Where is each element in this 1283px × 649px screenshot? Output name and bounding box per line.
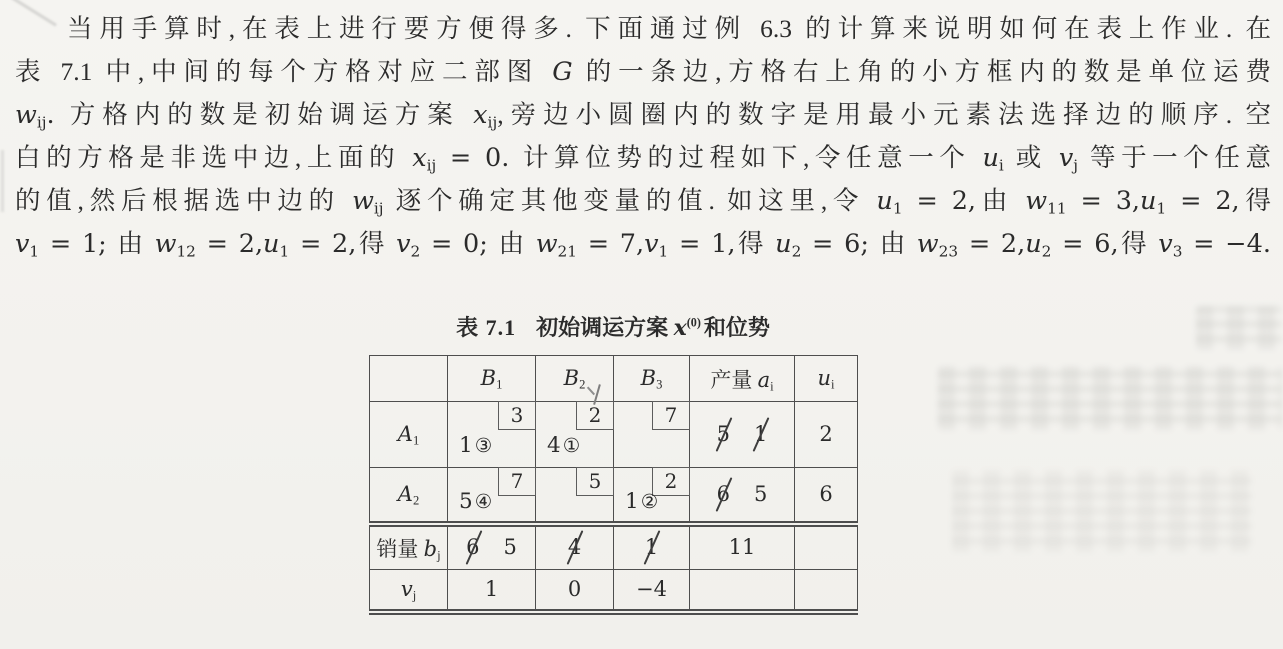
row-a2: A2 7 5④ 5 2 1② 65 6 [370, 468, 858, 524]
math-text: . [46, 100, 69, 130]
math-text: = 0; [420, 229, 498, 259]
caption-var: x(0) [674, 315, 701, 340]
math-var: w23 [917, 229, 958, 259]
text-run: 白的方格是非选中边,上面的 [15, 143, 412, 172]
u-cell-a1: 2 [795, 402, 858, 468]
text-run: 当用手算时,在表上进行要方便得多. 下面通过例 6.3 的计算来说明如何在表上作… [67, 14, 1271, 43]
v-cell-b3: −4 [614, 570, 690, 612]
math-text: = 2, [903, 186, 976, 216]
math-var: u2 [775, 229, 801, 259]
text-line-6: v1 = 1; 由 w12 = 2,u1 = 2,得 v2 = 0; 由 w21… [15, 222, 1271, 265]
math-text: = 6; [801, 229, 879, 259]
table-caption: 表 7.1初始调运方案 x(0)和位势 [369, 311, 857, 342]
text-run: 的值,然后根据选中边的 [15, 186, 352, 215]
math-text: = 2, [1166, 186, 1239, 216]
cell-a2-b3: 2 1② [614, 468, 690, 524]
text-line-1: 当用手算时,在表上进行要方便得多. 下面通过例 6.3 的计算来说明如何在表上作… [15, 7, 1271, 50]
col-header-b1: B1 [448, 356, 536, 402]
v-cell-supply [690, 570, 795, 612]
math-text: = 2, [196, 229, 263, 259]
row-label-a2: A2 [370, 468, 448, 524]
header-row: B1 B2 B3 产量 ai ui [370, 356, 858, 402]
text-run: 计算位势的过程如下,令任意一个 [523, 143, 982, 172]
text-run: 方格内的数是初始调运方案 [70, 100, 473, 129]
cost-box: 7 [498, 467, 536, 496]
math-var: wij [352, 186, 383, 216]
row-label-a1: A1 [370, 402, 448, 468]
math-var: w11 [1025, 186, 1066, 216]
math-var: xij [412, 143, 436, 173]
corner-cell [370, 356, 448, 402]
demand-value: 4 [568, 535, 581, 559]
math-text: = 1; [39, 229, 117, 259]
scan-artifact [938, 366, 1282, 430]
text-run: 由 [118, 229, 155, 258]
body-text: 当用手算时,在表上进行要方便得多. 下面通过例 6.3 的计算来说明如何在表上作… [15, 7, 1271, 265]
cell-a2-b2: 5 [536, 468, 614, 524]
math-text: = 6, [1051, 229, 1118, 259]
math-text: = 0. [436, 143, 523, 173]
order-circle: ④ [475, 490, 492, 513]
row-demand: 销量 bj 65 4 1 11 [370, 524, 858, 570]
math-text: = 2, [289, 229, 356, 259]
demand-value-new: 5 [504, 535, 517, 559]
allocation: 4① [547, 433, 580, 458]
col-header-b3: B3 [614, 356, 690, 402]
text-run: 得 [1119, 229, 1159, 258]
text-line-4: 白的方格是非选中边,上面的 xij = 0. 计算位势的过程如下,令任意一个 u… [15, 136, 1271, 179]
demand-cell-b2: 4 [536, 524, 614, 570]
text-line-2: 表 7.1 中,中间的每个方格对应二部图 G 的一条边,方格右上角的小方框内的数… [15, 50, 1271, 93]
text-line-5: 的值,然后根据选中边的 wij 逐个确定其他变量的值. 如这里,令 u1 = 2… [15, 179, 1271, 222]
text-run: 或 [1004, 143, 1059, 172]
cell-a1-b2: 2 4① [536, 402, 614, 468]
pencil-check-mark [588, 383, 604, 407]
math-text: = 1, [668, 229, 735, 259]
text-run: 由 [499, 229, 536, 258]
math-text: = 2, [958, 229, 1025, 259]
supply-cell-a1: 51 [690, 402, 795, 468]
math-var: ui [982, 143, 1003, 173]
table-7-1: B1 B2 B3 产量 ai ui A1 3 1③ 2 4① 7 51 2 A2… [369, 355, 858, 615]
caption-title: 初始调运方案 [536, 315, 674, 340]
u-cell-a2: 6 [795, 468, 858, 524]
cell-a1-b1: 3 1③ [448, 402, 536, 468]
col-header-u: ui [795, 356, 858, 402]
supply-cell-a2: 65 [690, 468, 795, 524]
math-var: w21 [536, 229, 577, 259]
demand-cell-b3: 1 [614, 524, 690, 570]
math-var: G [552, 57, 572, 87]
math-var: v1 [15, 229, 39, 259]
text-line-3: wij. 方格内的数是初始调运方案 xij,旁边小圆圈内的数字是用最小元素法选择… [15, 93, 1271, 136]
demand-value-old: 6 [466, 535, 479, 559]
supply-value-old: 6 [717, 482, 730, 506]
math-var: u1 [263, 229, 289, 259]
text-run: 得 [735, 229, 775, 258]
scan-artifact [952, 470, 1252, 552]
math-var: wij [15, 100, 46, 130]
cost-box: 3 [498, 401, 536, 430]
cell-a1-b3: 7 [614, 402, 690, 468]
total-cell: 11 [690, 524, 795, 570]
supply-value-new: 5 [754, 482, 767, 506]
math-var: xij [473, 100, 497, 130]
supply-value-new: 1 [754, 422, 767, 446]
v-cell-u [795, 570, 858, 612]
scan-artifact [1196, 306, 1282, 350]
math-var: vj [1059, 143, 1078, 173]
math-var: w12 [155, 229, 196, 259]
math-var: v1 [644, 229, 668, 259]
order-circle: ② [641, 490, 658, 513]
row-potentials: vj 1 0 −4 [370, 570, 858, 612]
math-text: = 3, [1067, 186, 1140, 216]
text-run: 逐个确定其他变量的值. 如这里,令 [384, 186, 877, 215]
order-circle: ① [563, 434, 580, 457]
text-run: 由 [976, 186, 1025, 215]
math-var: u1 [1140, 186, 1166, 216]
text-run: 表 7.1 中,中间的每个方格对应二部图 [15, 57, 552, 86]
row-a1: A1 3 1③ 2 4① 7 51 2 [370, 402, 858, 468]
col-header-supply: 产量 ai [690, 356, 795, 402]
text-run: 得 [1240, 186, 1271, 215]
text-run: 的一条边,方格右上角的小方框内的数是单位运费 [573, 57, 1271, 86]
text-run: 等于一个任意 [1078, 143, 1271, 172]
math-var: u1 [876, 186, 902, 216]
scanned-textbook-page: { "page": { "colors": { "paper": "#f3f2e… [0, 0, 1283, 649]
v-cell-b1: 1 [448, 570, 536, 612]
text-run: ,旁边小圆圈内的数字是用最小元素法选择边的顺序. 空 [497, 100, 1271, 129]
allocation: 5④ [459, 489, 492, 514]
cost-box: 5 [576, 467, 614, 496]
math-var: u2 [1025, 229, 1051, 259]
math-text: = −4. [1182, 229, 1271, 259]
demand-u-cell [795, 524, 858, 570]
caption-suffix: 和位势 [704, 315, 770, 340]
cost-box: 7 [652, 401, 690, 430]
text-run: 得 [356, 229, 396, 258]
row-label-v: vj [370, 570, 448, 612]
allocation: 1② [625, 489, 658, 514]
caption-label: 表 7.1 [456, 315, 516, 340]
scan-artifact [1, 150, 4, 212]
allocation: 1③ [459, 433, 492, 458]
cell-a2-b1: 7 5④ [448, 468, 536, 524]
v-cell-b2: 0 [536, 570, 614, 612]
text-run: 由 [880, 229, 917, 258]
math-var: v3 [1158, 229, 1182, 259]
demand-value: 1 [645, 535, 658, 559]
demand-cell-b1: 65 [448, 524, 536, 570]
supply-value-old: 5 [717, 422, 730, 446]
math-var: v2 [396, 229, 420, 259]
row-label-demand: 销量 bj [370, 524, 448, 570]
math-text: = 7, [577, 229, 644, 259]
order-circle: ③ [475, 434, 492, 457]
